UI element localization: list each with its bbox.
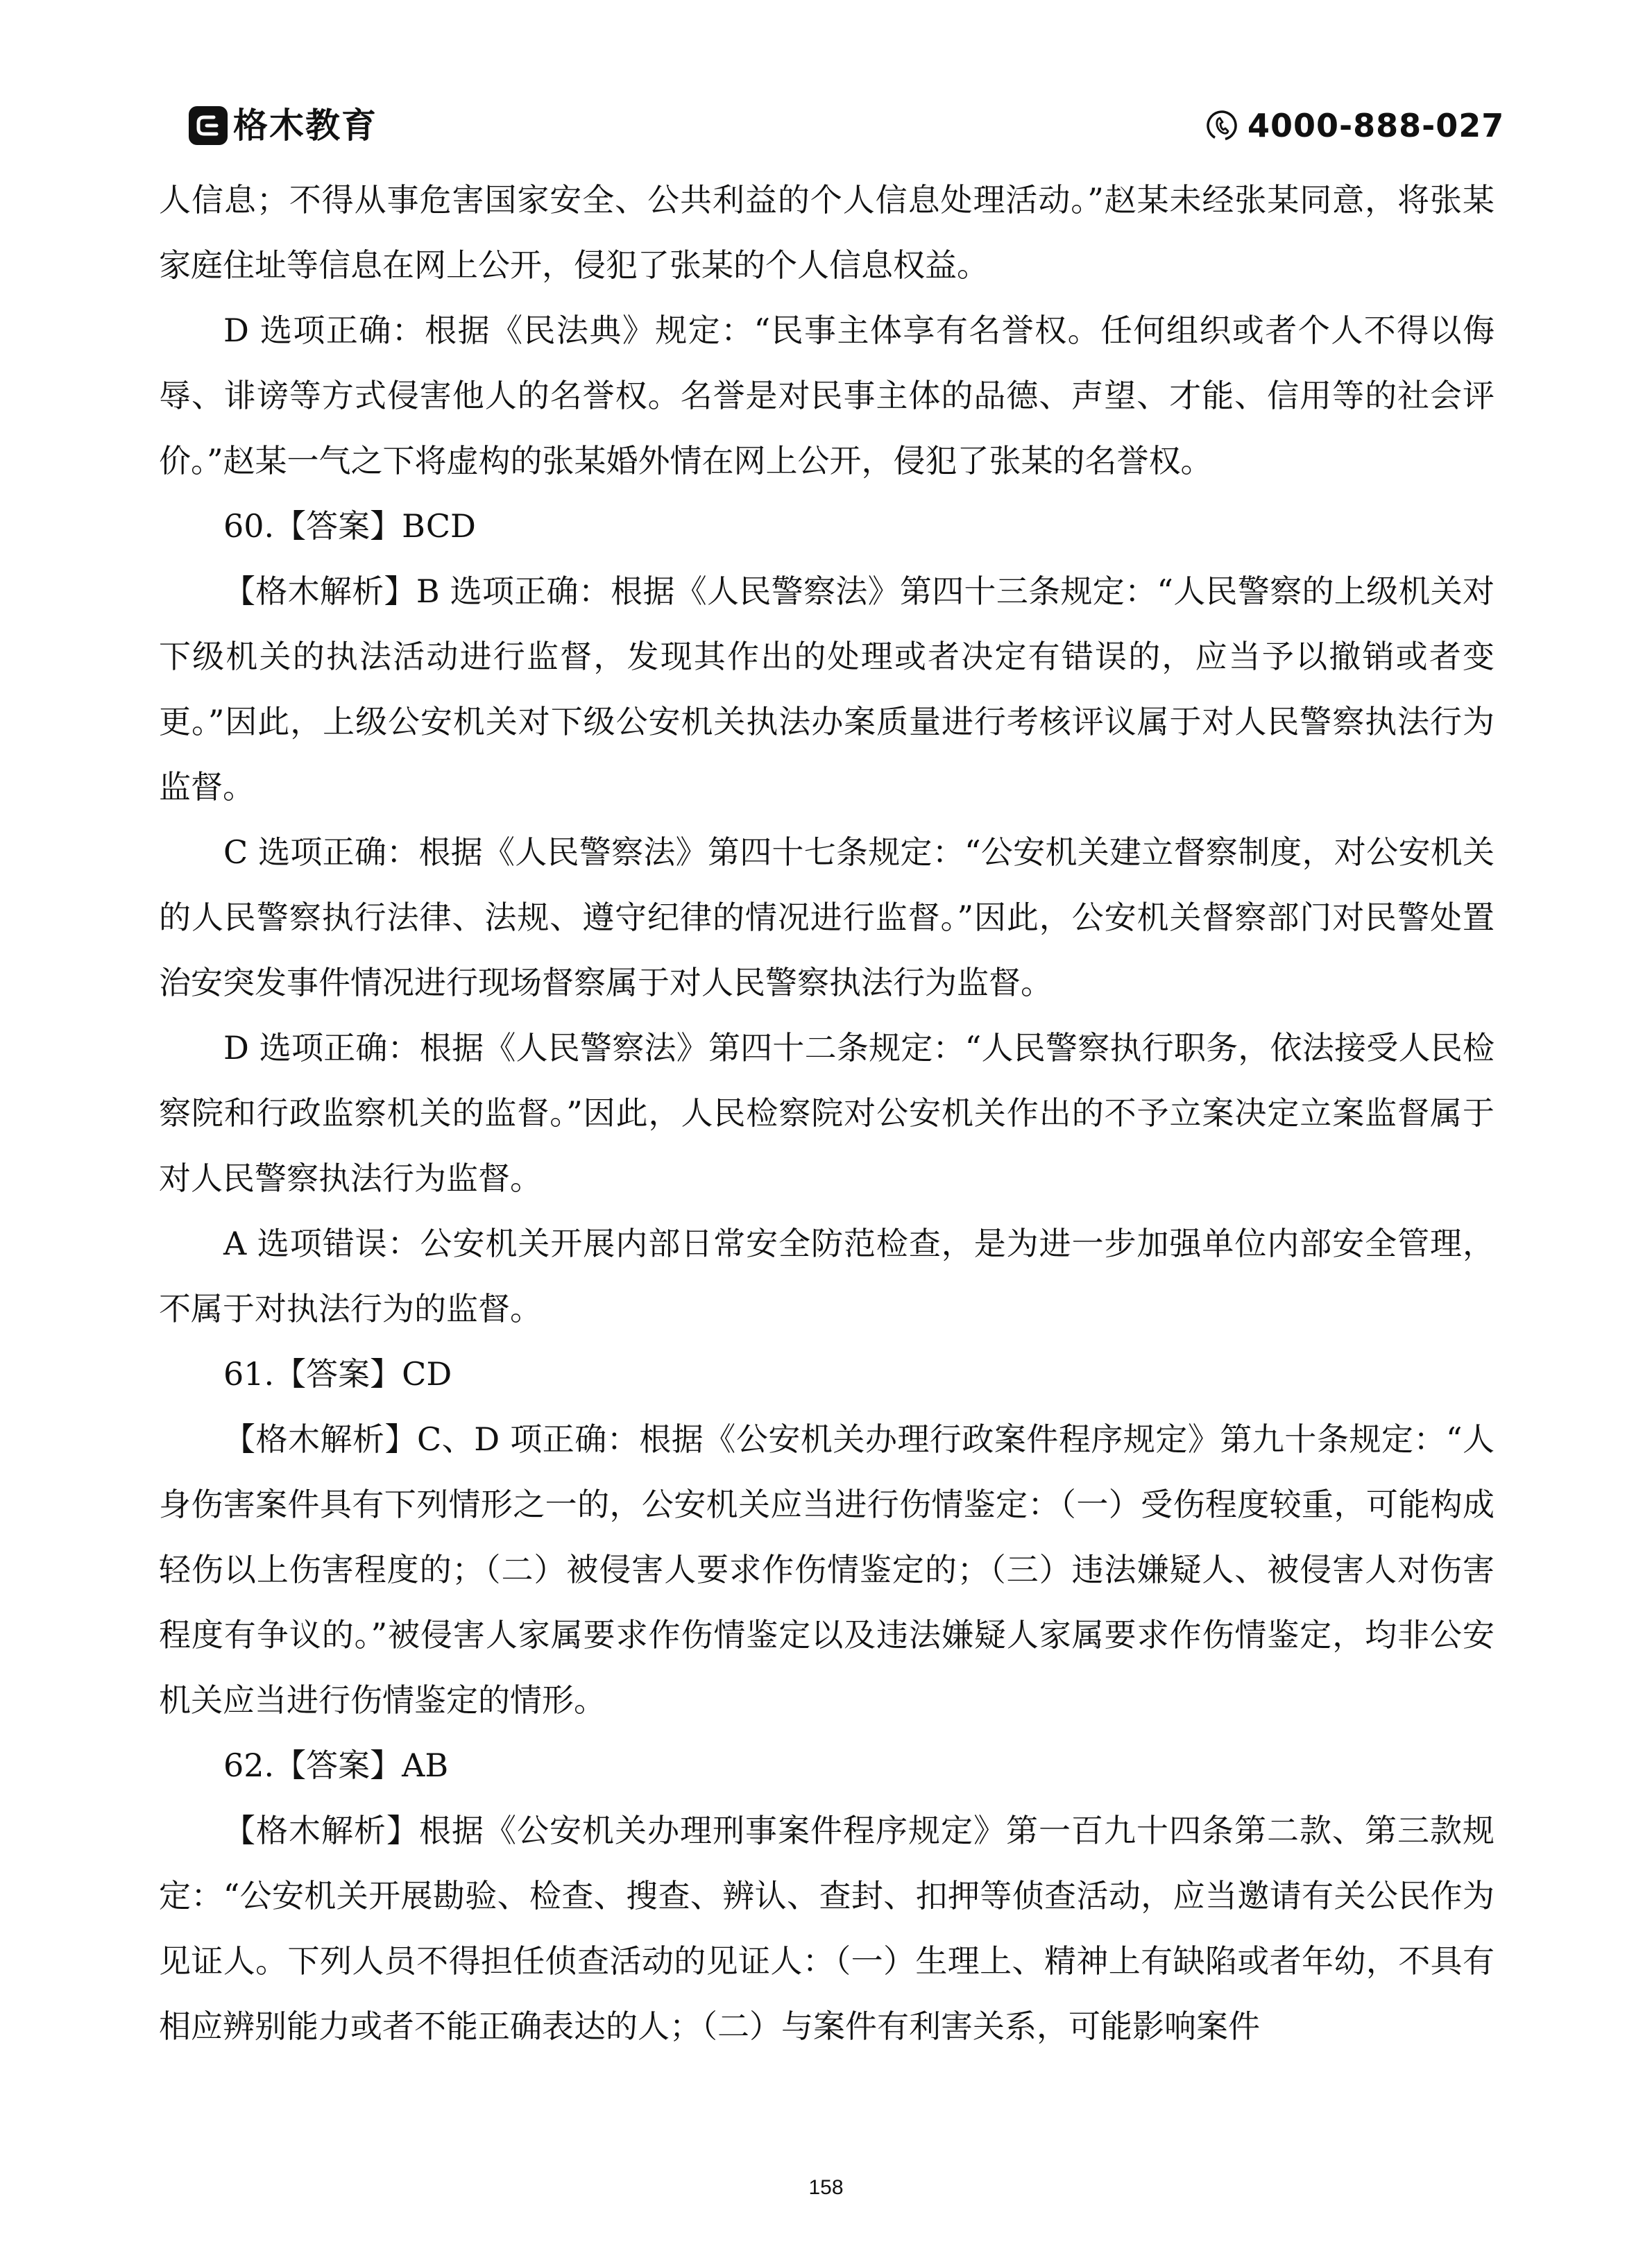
paragraph-60-option-d: D 选项正确：根据《人民警察法》第四十二条规定：“人民警察执行职务，依法接受人民… [159,1015,1495,1211]
page-number: 158 [0,2176,1652,2200]
paragraph-60-option-b: 【格木解析】B 选项正确：根据《人民警察法》第四十三条规定：“人民警察的上级机关… [159,559,1495,819]
hotline: 4000-888-027 [1206,104,1504,147]
brand-logo: 格木教育 [189,104,377,147]
document-body: 人信息；不得从事危害国家安全、公共利益的个人信息处理活动。”赵某未经张某同意，将… [159,167,1495,2059]
answer-heading-61: 61.【答案】CD [159,1341,1495,1407]
paragraph-61-analysis: 【格木解析】C、D 项正确：根据《公安机关办理行政案件程序规定》第九十条规定：“… [159,1407,1495,1733]
phone-number: 4000-888-027 [1247,107,1504,144]
answer-heading-60: 60.【答案】BCD [159,493,1495,559]
paragraph-60-option-c: C 选项正确：根据《人民警察法》第四十七条规定：“公安机关建立督察制度，对公安机… [159,819,1495,1015]
answer-heading-62: 62.【答案】AB [159,1733,1495,1798]
phone-icon [1206,110,1238,142]
paragraph-62-analysis: 【格木解析】根据《公安机关办理刑事案件程序规定》第一百九十四条第二款、第三款规定… [159,1798,1495,2059]
paragraph-personal-info-conclusion: 人信息；不得从事危害国家安全、公共利益的个人信息处理活动。”赵某未经张某同意，将… [159,167,1495,298]
paragraph-option-d-reputation: D 选项正确：根据《民法典》规定：“民事主体享有名誉权。任何组织或者个人不得以侮… [159,298,1495,493]
geemu-e-logo-icon [189,106,228,145]
paragraph-60-option-a: A 选项错误：公安机关开展内部日常安全防范检查，是为进一步加强单位内部安全管理，… [159,1211,1495,1341]
brand-name: 格木教育 [233,104,377,147]
